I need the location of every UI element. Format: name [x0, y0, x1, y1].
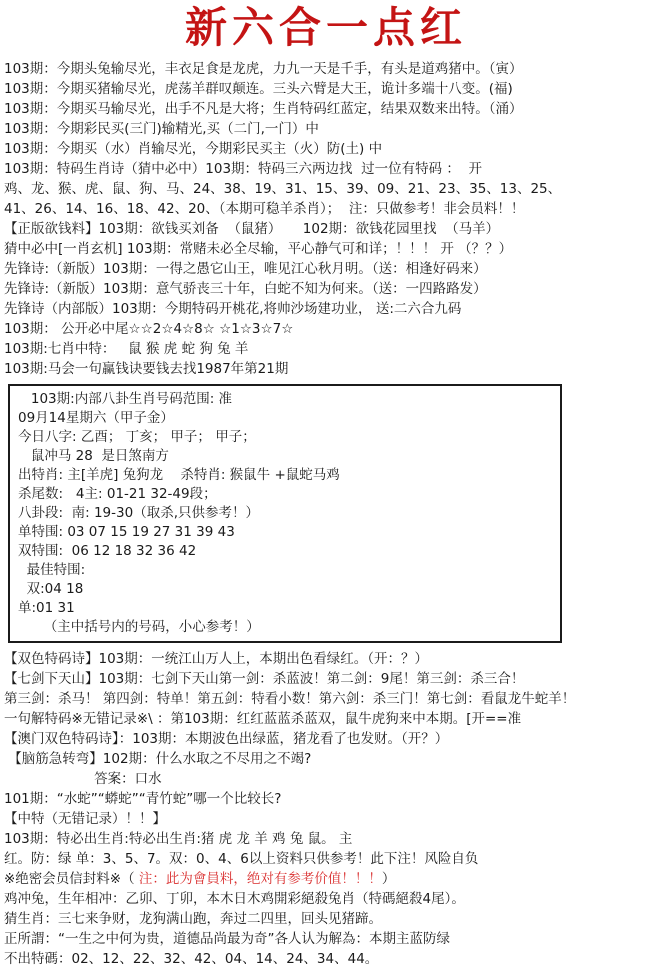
tip-line: 正所謂：“一生之中何为贵，道德品尚最为奇”各人认为解為：本期主蓝防绿: [0, 929, 652, 949]
box-line: 09月14星期六（甲子金）: [16, 409, 554, 428]
tip-line: 103期：今期买（水）肖输尽光，今期彩民买主（火）防(土) 中: [0, 139, 652, 159]
tip-line: 103期:马会一句赢钱诀要钱去找1987年第21期: [0, 359, 652, 379]
box-line: 双特围: 06 12 18 32 36 42: [16, 542, 554, 561]
box-line: 鼠冲马 28 是日煞南方: [16, 447, 554, 466]
tip-line: 猜中必中[一肖玄机] 103期：常赌未必全尽输，平心静气可和详；！！！ 开 （？…: [0, 239, 652, 259]
poem-line: 先锋诗（内部版）103期：今期特码开桃花,将帅沙场建功业， 送:二六合九码: [0, 299, 652, 319]
tip-line: 103期：今期头兔输尽光，丰衣足食是龙虎，力九一天是千手，有头是道鸡猪中。（寅）: [0, 59, 652, 79]
page-title: 新六合一点红: [0, 2, 652, 55]
box-line: （主中括号内的号码，小心参考！）: [16, 618, 554, 637]
section-header-line: 【中特（无错记录）！！】: [0, 809, 652, 829]
riddle-answer-line: 答案：口水: [0, 769, 652, 789]
poem-line: 先锋诗:（新版）103期：意气骄丧三十年，白蛇不知为何来。（送：一四路路发）: [0, 279, 652, 299]
box-line: 双:04 18: [16, 580, 554, 599]
tip-line: 【正版欲钱料】103期：欲钱买刘备 （鼠猪） 102期：欲钱花园里找 （马羊）: [0, 219, 652, 239]
tip-sheet-page: 新六合一点红 103期：今期头兔输尽光，丰衣足食是龙虎，力九一天是千手，有头是道…: [0, 0, 652, 969]
tip-line: 【七剑下天山】103期：七剑下天山第一剑：杀蓝波！第二剑：9尾！第三剑：杀三合！: [0, 669, 652, 689]
tip-line: 红。防：绿 单：3、5、7。双：0、4、6以上资料只供参考！此下注！风险自负: [0, 849, 652, 869]
box-line: 八卦段: 南: 19-30（取杀,只供参考！）: [16, 504, 554, 523]
poem-line: 先锋诗:（新版）103期：一得之愚它山王，唯见江心秋月明。（送：相逢好码来）: [0, 259, 652, 279]
tip-line: 【双色特码诗】103期：一统江山万人上，本期出色看绿红。（开：？）: [0, 649, 652, 669]
box-line: 103期:内部八卦生肖号码范围: 准: [16, 390, 554, 409]
top-section: 103期：今期头兔输尽光，丰衣足食是龙虎，力九一天是千手，有头是道鸡猪中。（寅）…: [0, 59, 652, 379]
tip-line: 103期：今期买猪输尽光，虎荡羊群叹颠连。三头六臂是大王，诡计多端十八变。(福): [0, 79, 652, 99]
member-note-highlight: 注：此为會員料，绝对有参考价值！！！: [139, 871, 382, 887]
tip-line: 103期：特码生肖诗（猜中必中）103期：特码三六两边找 过一位有特码 ： 开: [0, 159, 652, 179]
member-note-prefix: ※绝密会员信封料※（: [4, 871, 139, 887]
tip-line: 103期：今期买马输尽光，出手不凡是大将；生肖特码红蓝定，结果双数来出特。（涌）: [0, 99, 652, 119]
tip-line: 猜生肖：三七来争财，龙狗满山跑，奔过二四里，回头见猪蹄。: [0, 909, 652, 929]
tip-line: 103期:七肖中特： 鼠 猴 虎 蛇 狗 兔 羊: [0, 339, 652, 359]
tip-line: 103期：今期彩民买(三门)输精光,买（二门,一门）中: [0, 119, 652, 139]
zodiac-numbers-line: 41、26、14、16、18、42、20、（本期可稳羊杀肖）； 注：只做参考！非…: [0, 199, 652, 219]
box-line: 今日八字: 乙酉； 丁亥； 甲子； 甲子；: [16, 428, 554, 447]
member-note-line: ※绝密会员信封料※（ 注：此为會員料，绝对有参考价值！！！）: [0, 869, 652, 889]
box-line: 单:01 31: [16, 599, 554, 618]
tip-line: 一句解特码※无错记录※\ ：第103期：红红蓝蓝杀蓝双，鼠牛虎狗来中本期。[开=…: [0, 709, 652, 729]
member-note-suffix: ）: [382, 871, 396, 887]
tip-line: 鸡冲兔，生年相冲：乙卯、丁卯，本木日木鸡開彩絕殺兔肖（特碼絕殺4尾）。: [0, 889, 652, 909]
bagua-info-box: 103期:内部八卦生肖号码范围: 准 09月14星期六（甲子金） 今日八字: 乙…: [8, 384, 562, 643]
box-line: 出特肖: 主[羊虎] 兔狗龙 杀特肖: 猴鼠牛 +鼠蛇马鸡: [16, 466, 554, 485]
box-line: 最佳特围:: [16, 561, 554, 580]
tip-line: 103期：特必出生肖:特必出生肖:猪 虎 龙 羊 鸡 兔 鼠。 主: [0, 829, 652, 849]
riddle-line: 【脑筋急转弯】102期：什么水取之不尽用之不竭?: [0, 749, 652, 769]
bottom-section: 【双色特码诗】103期：一统江山万人上，本期出色看绿红。（开：？） 【七剑下天山…: [0, 649, 652, 969]
tip-line: 不出特碼：02、12、22、32、42、04、14、24、34、44。: [0, 949, 652, 969]
box-line: 单特围: 03 07 15 19 27 31 39 43: [16, 523, 554, 542]
tip-line: 【澳门双色特码诗】：103期：本期波色出绿蓝，猪龙看了也发财。（开？）: [0, 729, 652, 749]
tip-line: 103期： 公开必中尾☆☆2☆4☆8☆ ☆1☆3☆7☆: [0, 319, 652, 339]
riddle-line: 101期：“水蛇”“蟒蛇”“青竹蛇”哪一个比较长?: [0, 789, 652, 809]
tip-line: 第三剑：杀马！ 第四剑：特单！第五剑：特看小数！第六剑：杀三门！第七剑：看鼠龙牛…: [0, 689, 652, 709]
zodiac-numbers-line: 鸡、龙、猴、虎、鼠、狗、马、24、38、19、31、15、39、09、21、23…: [0, 179, 652, 199]
box-line: 杀尾数: 4主: 01-21 32-49段；: [16, 485, 554, 504]
